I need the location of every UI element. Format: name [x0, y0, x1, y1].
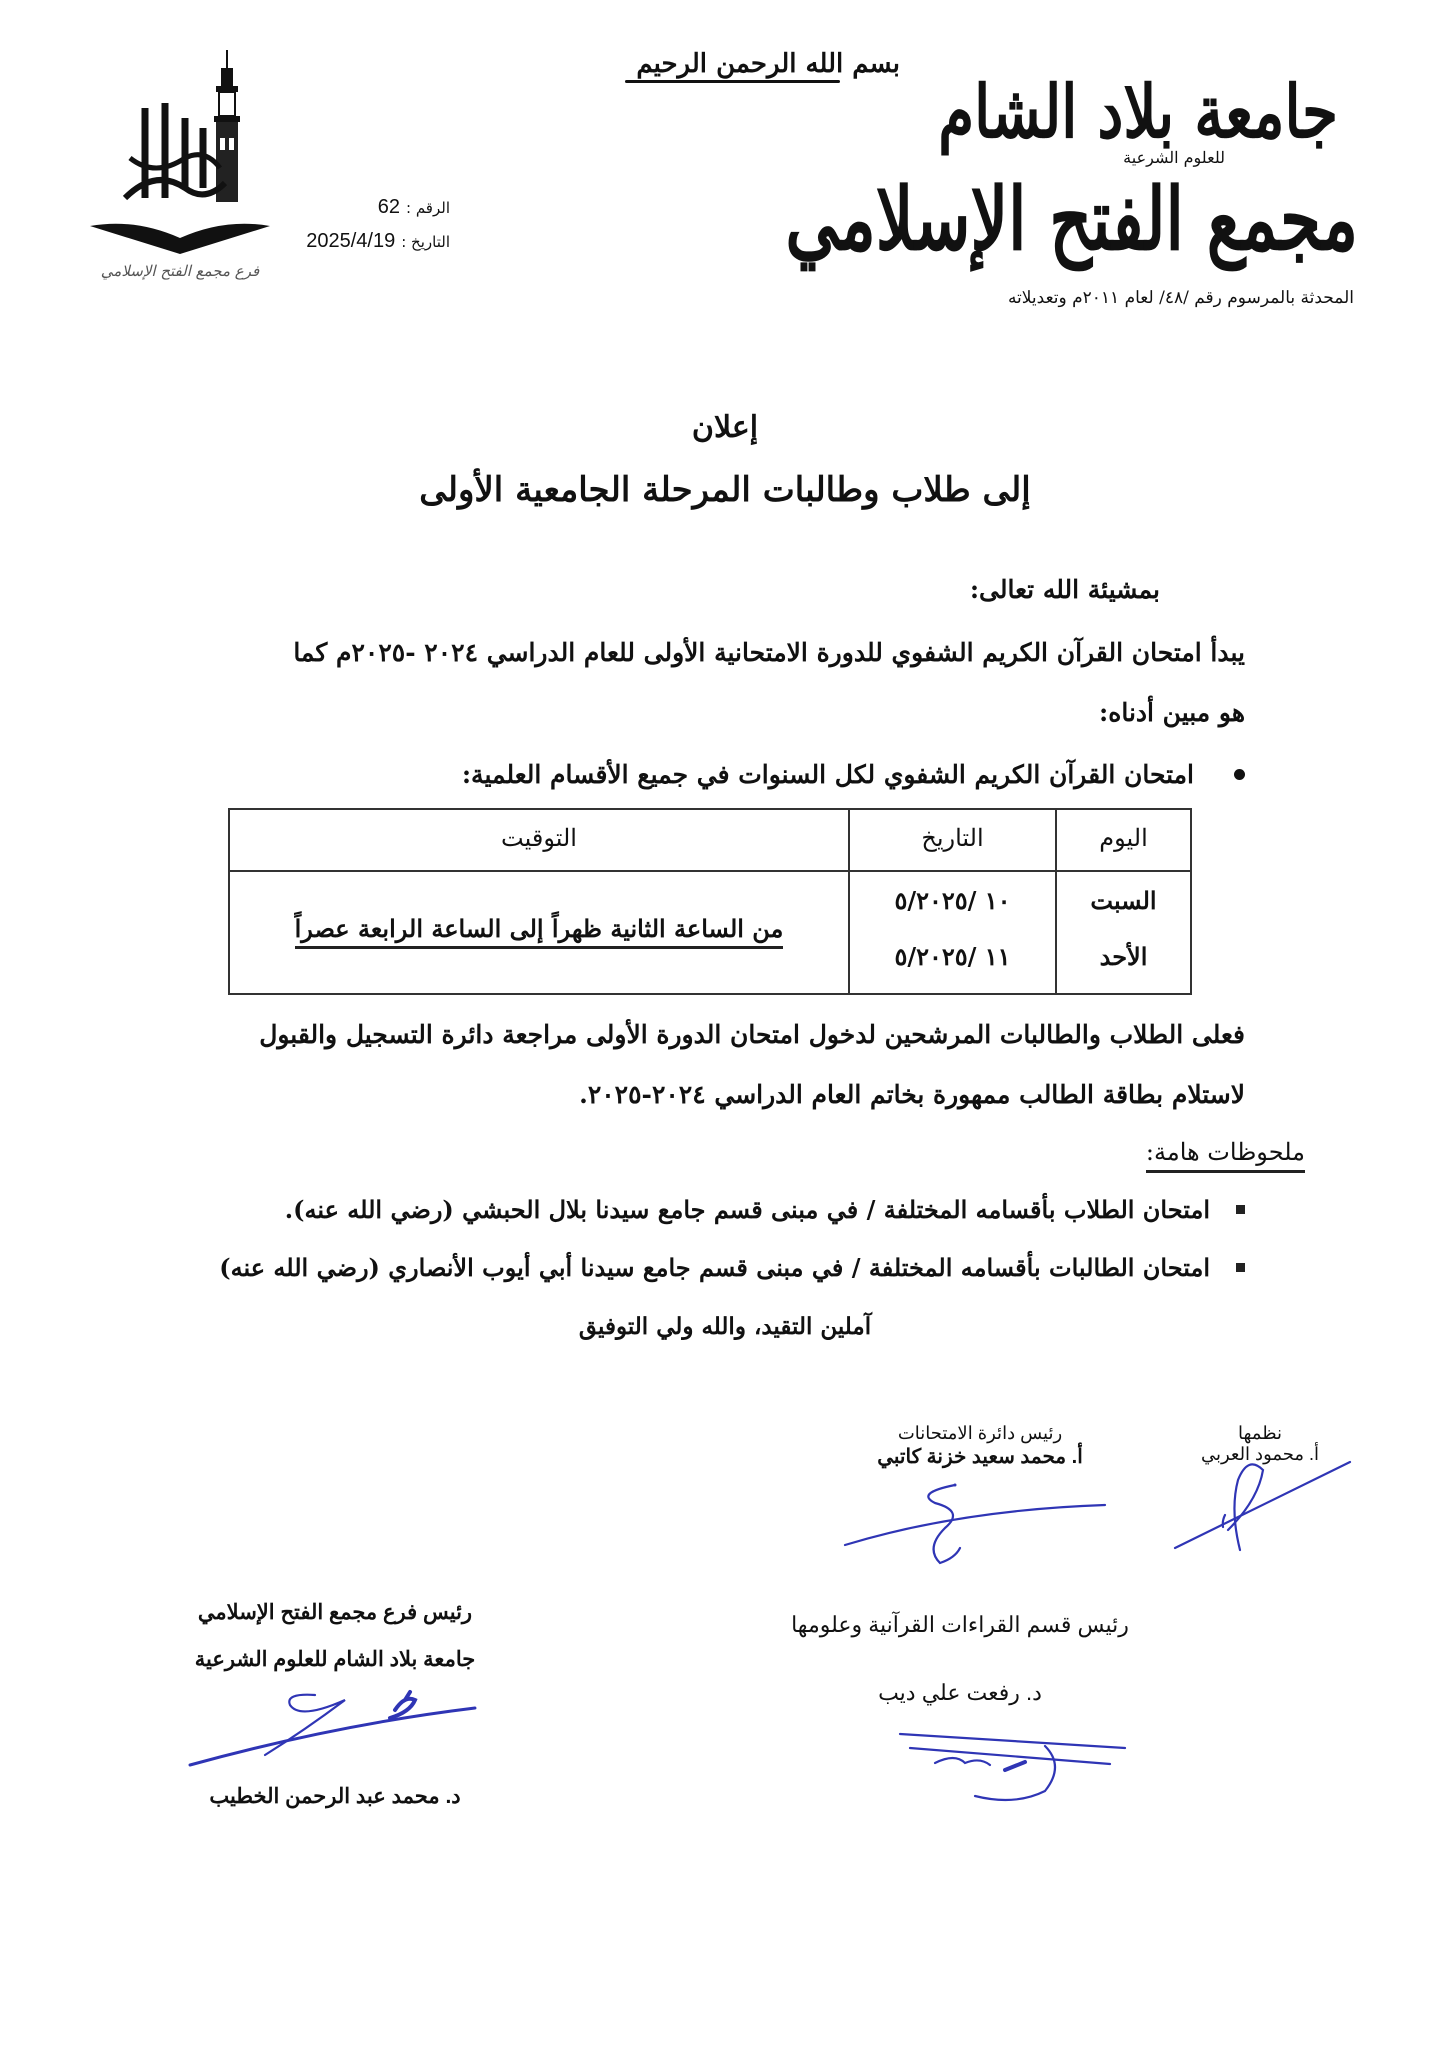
reference-block: الرقم : 62 التاريخ : 2025/4/19	[265, 196, 450, 264]
decree-line: المحدثة بالمرسوم رقم /٤٨/ لعام ٢٠١١م وتع…	[1008, 288, 1354, 308]
table-timing-text: من الساعة الثانية ظهراً إلى الساعة الراب…	[295, 914, 784, 949]
signature-name: أ. محمد سعيد خزنة كاتبي	[830, 1444, 1130, 1469]
table-divider	[230, 870, 1190, 872]
square-bullet-icon	[1236, 1263, 1245, 1272]
signature-name: د. رفعت علي ديب	[750, 1680, 1170, 1706]
reference-number-label: الرقم :	[406, 199, 450, 217]
note-item: امتحان الطلاب بأقسامه المختلفة / في مبنى…	[285, 1195, 1245, 1224]
bullet-item-text: امتحان القرآن الكريم الشفوي لكل السنوات …	[462, 760, 1194, 789]
bismillah-stroke	[625, 80, 840, 83]
table-row-2-day: الأحد	[1057, 942, 1190, 971]
bismillah-header: بسم الله الرحمن الرحيم	[505, 45, 900, 95]
paragraph2-line1: فعلى الطلاب والطالبات المرشحين لدخول امت…	[259, 1020, 1245, 1049]
bullet-dot-icon	[1234, 769, 1245, 780]
table-timing-cell: من الساعة الثانية ظهراً إلى الساعة الراب…	[230, 914, 848, 943]
note-item: امتحان الطالبات بأقسامه المختلفة / في مب…	[219, 1253, 1245, 1282]
table-header-day: اليوم	[1057, 824, 1190, 852]
table-header-timing: التوقيت	[230, 824, 848, 852]
announcement-title: إعلان	[0, 410, 1450, 445]
intro-line: بمشيئة الله تعالى:	[970, 575, 1160, 604]
reference-date-label: التاريخ :	[401, 233, 450, 251]
signature-name: د. محمد عبد الرحمن الخطيب	[150, 1784, 520, 1809]
paragraph2-line2: لاستلام بطاقة الطالب ممهورة بخاتم العام …	[579, 1080, 1245, 1109]
university-logo-icon: فرع مجمع الفتح الإسلامي	[85, 48, 275, 288]
signature-role: رئيس دائرة الامتحانات	[830, 1423, 1130, 1444]
signature-role: رئيس قسم القراءات القرآنية وعلومها	[750, 1612, 1170, 1638]
bismillah-text: بسم الله الرحمن الرحيم	[636, 49, 900, 79]
signature-ink-quran-dept-head-icon	[895, 1728, 1135, 1808]
square-bullet-icon	[1236, 1205, 1245, 1214]
signature-block-quran-dept-head: رئيس قسم القراءات القرآنية وعلومها د. رف…	[750, 1612, 1170, 1706]
university-name: جامعة بلاد الشام	[938, 70, 1338, 155]
signature-ink-organizer-icon	[1170, 1440, 1360, 1560]
note-item-text: امتحان الطالبات بأقسامه المختلفة / في مب…	[219, 1253, 1210, 1282]
notes-title: ملحوظات هامة:	[1146, 1138, 1305, 1173]
bullet-item: امتحان القرآن الكريم الشفوي لكل السنوات …	[462, 760, 1245, 789]
signature-org: جامعة بلاد الشام للعلوم الشرعية	[150, 1647, 520, 1672]
closing-line: آملين التقيد، والله ولي التوفيق	[0, 1313, 1450, 1340]
paragraph1-line2: هو مبين أدناه:	[1099, 698, 1245, 727]
reference-date-value: 2025/4/19	[306, 230, 395, 253]
table-row-1-date: ١٠ /٥/٢٠٢٥	[850, 886, 1055, 915]
reference-date-row: التاريخ : 2025/4/19	[265, 230, 450, 264]
paragraph1-line1: يبدأ امتحان القرآن الكريم الشفوي للدورة …	[293, 638, 1245, 667]
minaret-book-logo-icon: فرع مجمع الفتح الإسلامي	[85, 48, 275, 288]
table-row-1-day: السبت	[1057, 886, 1190, 915]
reference-number-value: 62	[378, 196, 400, 219]
signature-block-exams-head: رئيس دائرة الامتحانات أ. محمد سعيد خزنة …	[830, 1423, 1130, 1469]
table-row-2-date: ١١ /٥/٢٠٢٥	[850, 942, 1055, 971]
svg-text:فرع مجمع الفتح الإسلامي: فرع مجمع الفتح الإسلامي	[101, 262, 260, 280]
signature-role: رئيس فرع مجمع الفتح الإسلامي	[150, 1600, 520, 1625]
schedule-table: اليوم التاريخ التوقيت السبت ١٠ /٥/٢٠٢٥ ا…	[228, 808, 1192, 995]
note-item-text: امتحان الطلاب بأقسامه المختلفة / في مبنى…	[285, 1195, 1210, 1224]
table-header-date: التاريخ	[850, 824, 1055, 852]
academy-name: مجمع الفتح الإسلامي	[785, 168, 1358, 269]
university-subtitle: للعلوم الشرعية	[1123, 148, 1225, 167]
signature-ink-branch-head-icon	[185, 1690, 485, 1770]
reference-number-row: الرقم : 62	[265, 196, 450, 230]
signature-ink-exams-head-icon	[840, 1480, 1110, 1580]
announcement-subtitle: إلى طلاب وطالبات المرحلة الجامعية الأولى	[0, 470, 1450, 510]
